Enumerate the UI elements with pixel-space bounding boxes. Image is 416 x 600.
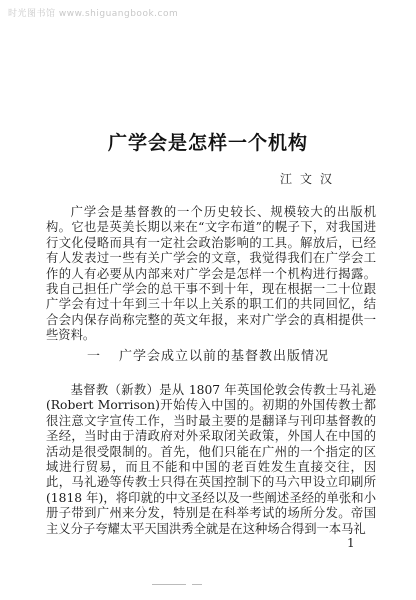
article-author: 江文汉 [280, 170, 340, 187]
section-title: 广学会成立以前的基督教出版情况 [119, 349, 329, 364]
scan-artifact [192, 584, 202, 585]
page-number: 1 [347, 536, 355, 550]
section-paragraph: 基督教（新教）是从 1807 年英国伦敦会传教士马礼逊(Robert Morri… [46, 383, 376, 537]
scan-artifact [152, 584, 186, 585]
article-title: 广学会是怎样一个机构 [0, 128, 416, 155]
section-heading: 一广学会成立以前的基督教出版情况 [0, 345, 416, 364]
section-number: 一 [87, 349, 101, 364]
intro-paragraph: 广学会是基督教的一个历史较长、规模较大的出版机构。它也是英美长期以来在“文字布道… [46, 205, 376, 344]
watermark: 时光图书馆 www.shiguangbook.com [8, 6, 178, 19]
